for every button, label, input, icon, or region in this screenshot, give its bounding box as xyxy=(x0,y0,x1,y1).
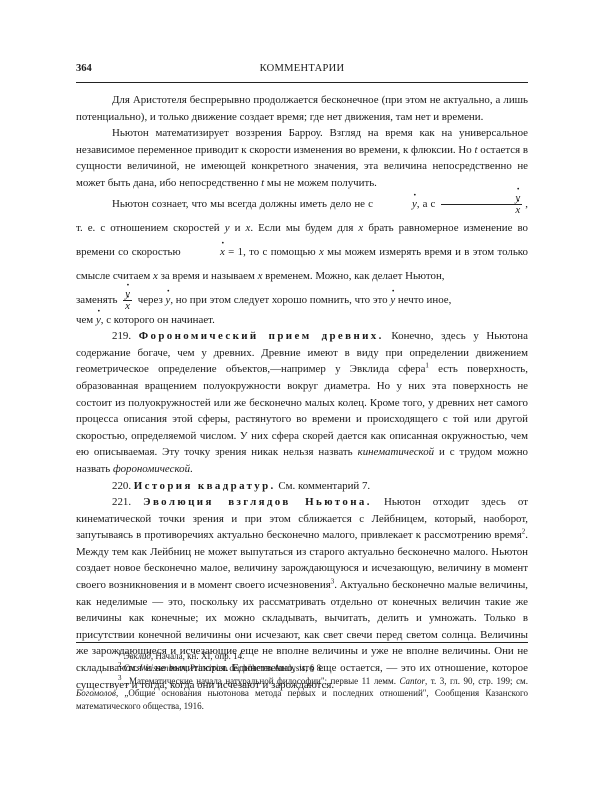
footnote-1: 1 Эвклид, Начала, кн. XI, опр. 14. xyxy=(76,650,528,662)
paragraph-aristotle: Для Аристотеля беспрерывно продолжается … xyxy=(76,92,528,125)
header-title: КОММЕНТАРИИ xyxy=(76,63,528,74)
footnote-3: 3 „Математические начала натуральной фил… xyxy=(76,675,528,712)
paragraph-fluxion-ratio: Ньютон сознает, что мы всегда должны име… xyxy=(76,192,528,288)
footnote-2: 2 См. Weissenborn, Principien der höhere… xyxy=(76,662,528,674)
section-219: 219. Форономический прием древних. Конеч… xyxy=(76,328,528,477)
footnotes: 1 Эвклид, Начала, кн. XI, опр. 14. 2 См.… xyxy=(76,650,528,712)
paragraph-begins: чем y, с которого он начинает. xyxy=(76,312,528,329)
fraction-ydot-over-xdot: yx xyxy=(441,193,522,216)
section-220: 220. История квадратур. См. комментарий … xyxy=(76,478,528,495)
section-219-title: Форономический прием древних. xyxy=(139,330,384,342)
running-head: 364 КОММЕНТАРИИ xyxy=(76,63,528,79)
section-221-title: Эволюция взглядов Ньютона. xyxy=(143,496,372,508)
section-220-title: История квадратур. xyxy=(134,480,276,492)
header-rule xyxy=(76,82,528,83)
fraction-ydot-over-xdot-2: yx xyxy=(123,289,132,312)
body-text: Для Аристотеля беспрерывно продолжается … xyxy=(76,92,528,693)
paragraph-newton-barrow: Ньютон математизирует воззрения Барроу. … xyxy=(76,125,528,191)
paragraph-replace: заменять yx через y, но при этом следует… xyxy=(76,288,528,312)
footnote-rule xyxy=(76,642,528,643)
